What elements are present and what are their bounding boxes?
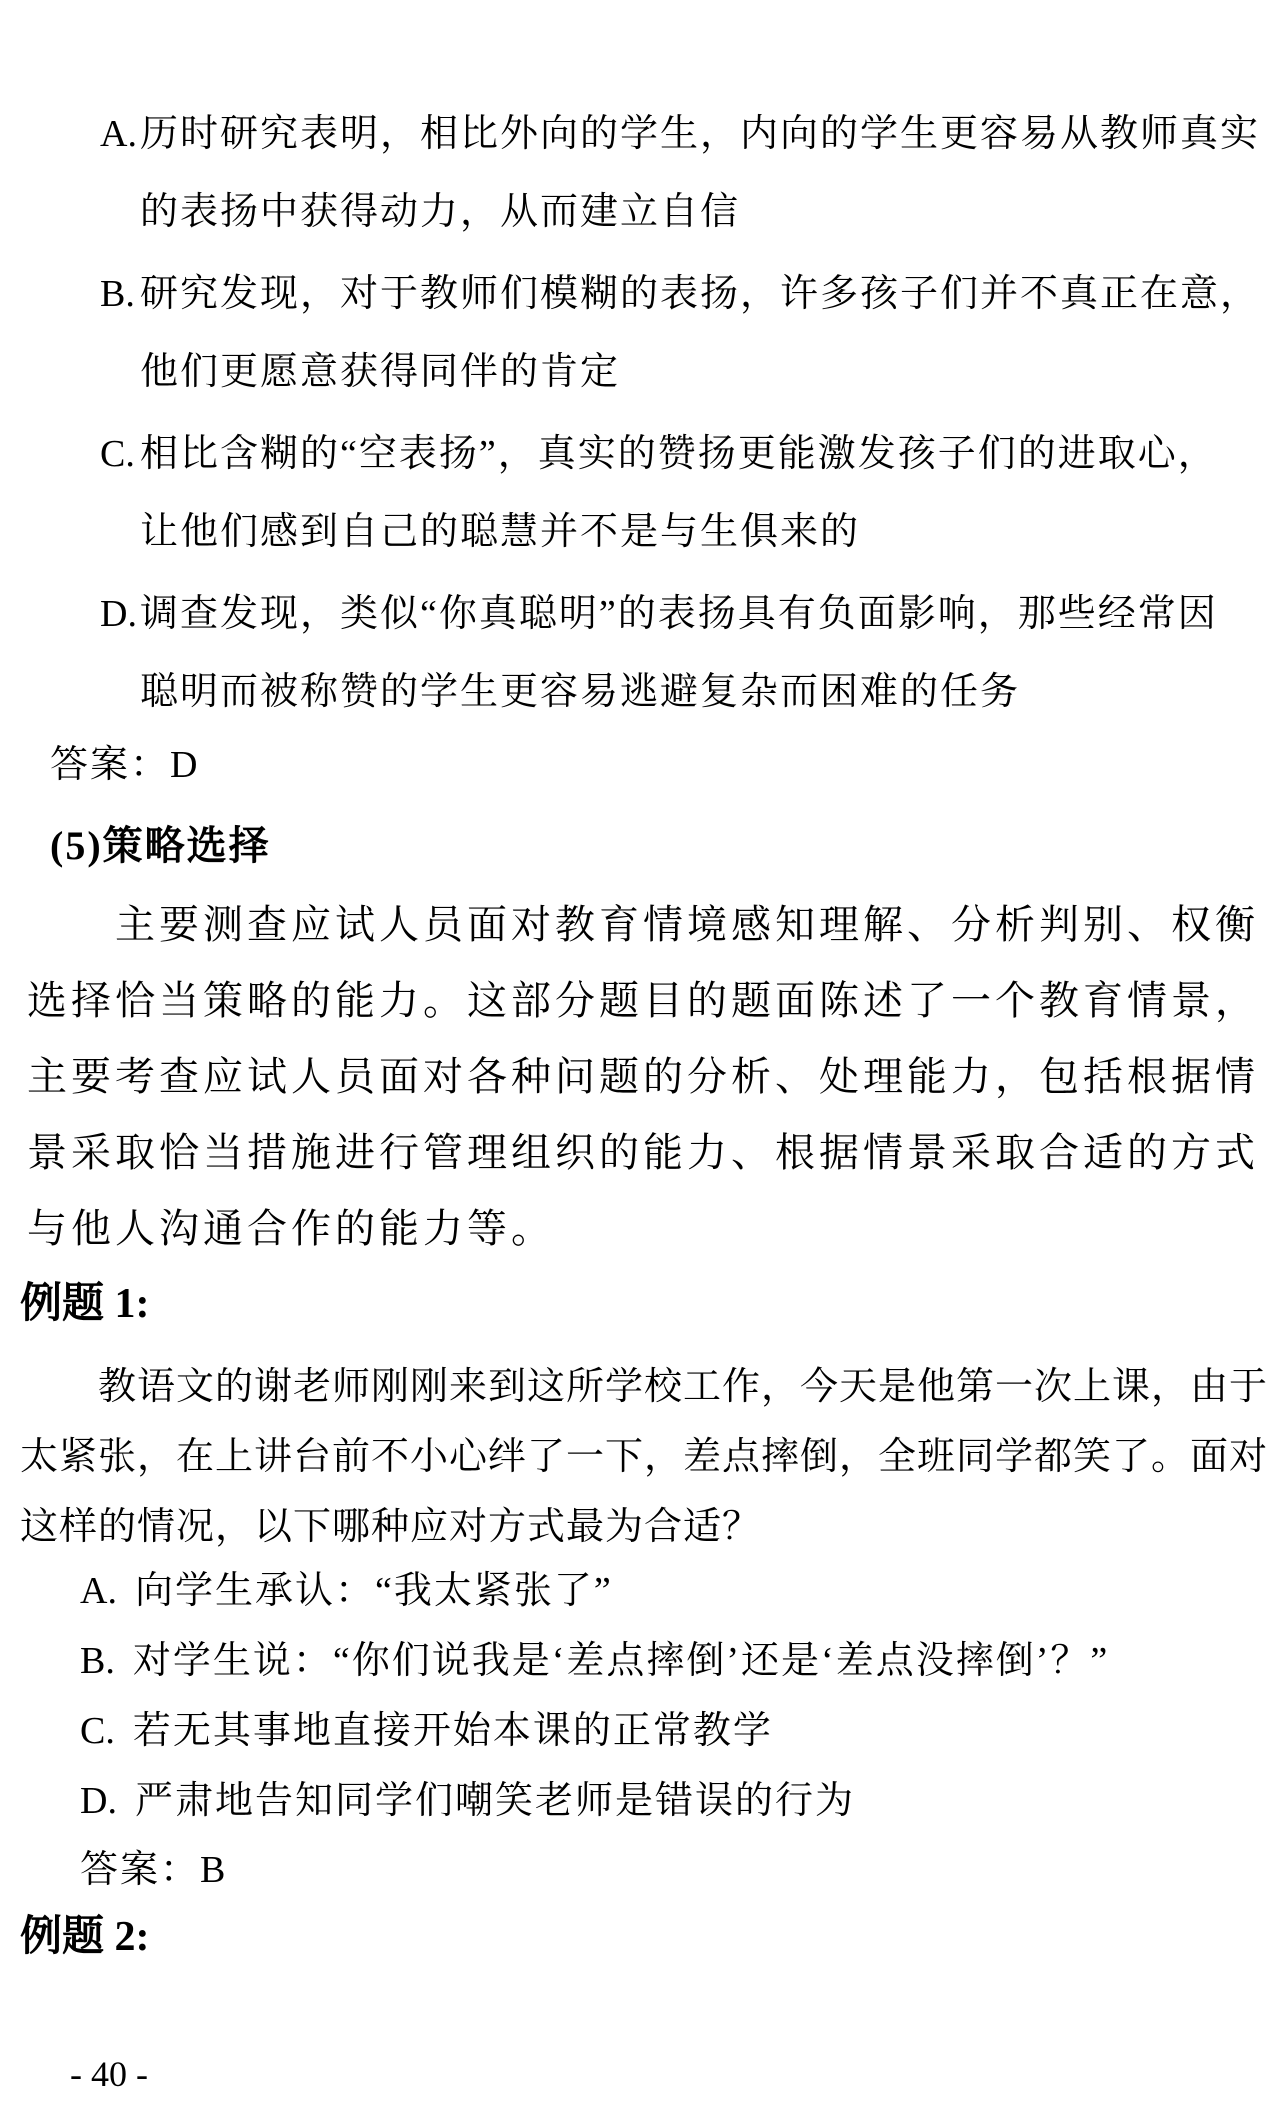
example-1-option-d: D.严肃地告知同学们嘲笑老师是错误的行为 — [80, 1766, 1109, 1836]
option-a: A. 历时研究表明，相比外向的学生，内向的学生更容易从教师真实 的表扬中获得动力… — [0, 95, 1280, 251]
example-1-heading: 例题 1: — [20, 1276, 150, 1332]
stem-line: 这样的情况，以下哪种应对方式最为合适？ — [20, 1492, 1270, 1562]
paragraph-line: 主要测查应试人员面对教育情境感知理解、分析判别、权衡 — [27, 887, 1267, 963]
option-d-line-2: 聪明而被称赞的学生更容易逃避复杂而困难的任务 — [140, 653, 1280, 731]
example-1-option-b-label: B. — [80, 1640, 115, 1682]
document-page: A. 历时研究表明，相比外向的学生，内向的学生更容易从教师真实 的表扬中获得动力… — [0, 0, 1280, 2113]
example-1-option-c: C.若无其事地直接开始本课的正常教学 — [80, 1696, 1109, 1766]
example-1-option-a: A.向学生承认：“我太紧张了” — [80, 1556, 1109, 1626]
option-d: D. 调查发现，类似“你真聪明”的表扬具有负面影响，那些经常因 聪明而被称赞的学… — [0, 575, 1280, 731]
example-1-option-b: B.对学生说：“你们说我是‘差点摔倒’还是‘差点没摔倒’？” — [80, 1626, 1109, 1696]
example-1-stem: 教语文的谢老师刚刚来到这所学校工作，今天是他第一次上课，由于 太紧张，在上讲台前… — [20, 1352, 1270, 1562]
option-b-line-2: 他们更愿意获得同伴的肯定 — [140, 333, 1280, 411]
page-number: - 40 - — [70, 2046, 148, 2102]
example-1-option-d-text: 严肃地告知同学们嘲笑老师是错误的行为 — [135, 1780, 855, 1822]
example-1-option-c-label: C. — [80, 1710, 115, 1752]
stem-line: 太紧张，在上讲台前不小心绊了一下，差点摔倒，全班同学都笑了。面对 — [20, 1422, 1270, 1492]
option-d-line-1: 调查发现，类似“你真聪明”的表扬具有负面影响，那些经常因 — [140, 575, 1280, 653]
answer-previous-question: 答案：D — [50, 737, 199, 793]
option-c: C. 相比含糊的“空表扬”，真实的赞扬更能激发孩子们的进取心， 让他们感到自己的… — [0, 415, 1280, 571]
example-1-option-b-text: 对学生说：“你们说我是‘差点摔倒’还是‘差点没摔倒’？” — [133, 1640, 1109, 1682]
example-1-option-a-text: 向学生承认：“我太紧张了” — [135, 1570, 613, 1612]
option-c-line-1: 相比含糊的“空表扬”，真实的赞扬更能激发孩子们的进取心， — [140, 415, 1280, 493]
section-description-paragraph: 主要测查应试人员面对教育情境感知理解、分析判别、权衡 选择恰当策略的能力。这部分… — [27, 887, 1267, 1267]
option-b-label: B. — [100, 255, 135, 333]
paragraph-line: 主要考查应试人员面对各种问题的分析、处理能力，包括根据情 — [27, 1039, 1267, 1115]
example-1-options: A.向学生承认：“我太紧张了” B.对学生说：“你们说我是‘差点摔倒’还是‘差点… — [80, 1556, 1109, 1836]
paragraph-line: 选择恰当策略的能力。这部分题目的题面陈述了一个教育情景， — [27, 963, 1267, 1039]
answer-example-1: 答案：B — [80, 1842, 227, 1898]
example-1-option-d-label: D. — [80, 1780, 117, 1822]
option-c-line-2: 让他们感到自己的聪慧并不是与生俱来的 — [140, 493, 1280, 571]
example-1-option-a-label: A. — [80, 1570, 117, 1612]
paragraph-line: 景采取恰当措施进行管理组织的能力、根据情景采取合适的方式 — [27, 1115, 1267, 1191]
paragraph-line: 与他人沟通合作的能力等。 — [27, 1191, 1267, 1267]
example-1-option-c-text: 若无其事地直接开始本课的正常教学 — [133, 1710, 773, 1752]
option-d-label: D. — [100, 575, 137, 653]
option-a-line-1: 历时研究表明，相比外向的学生，内向的学生更容易从教师真实 — [140, 95, 1280, 173]
option-b-line-1: 研究发现，对于教师们模糊的表扬，许多孩子们并不真正在意， — [140, 255, 1280, 333]
option-a-line-2: 的表扬中获得动力，从而建立自信 — [140, 173, 1280, 251]
example-2-heading: 例题 2: — [20, 1909, 150, 1965]
stem-line: 教语文的谢老师刚刚来到这所学校工作，今天是他第一次上课，由于 — [20, 1352, 1270, 1422]
option-a-label: A. — [100, 95, 137, 173]
previous-question-options: A. 历时研究表明，相比外向的学生，内向的学生更容易从教师真实 的表扬中获得动力… — [0, 95, 1280, 735]
section-heading-strategy-selection: (5)策略选择 — [50, 818, 271, 874]
option-c-label: C. — [100, 415, 135, 493]
option-b: B. 研究发现，对于教师们模糊的表扬，许多孩子们并不真正在意， 他们更愿意获得同… — [0, 255, 1280, 411]
